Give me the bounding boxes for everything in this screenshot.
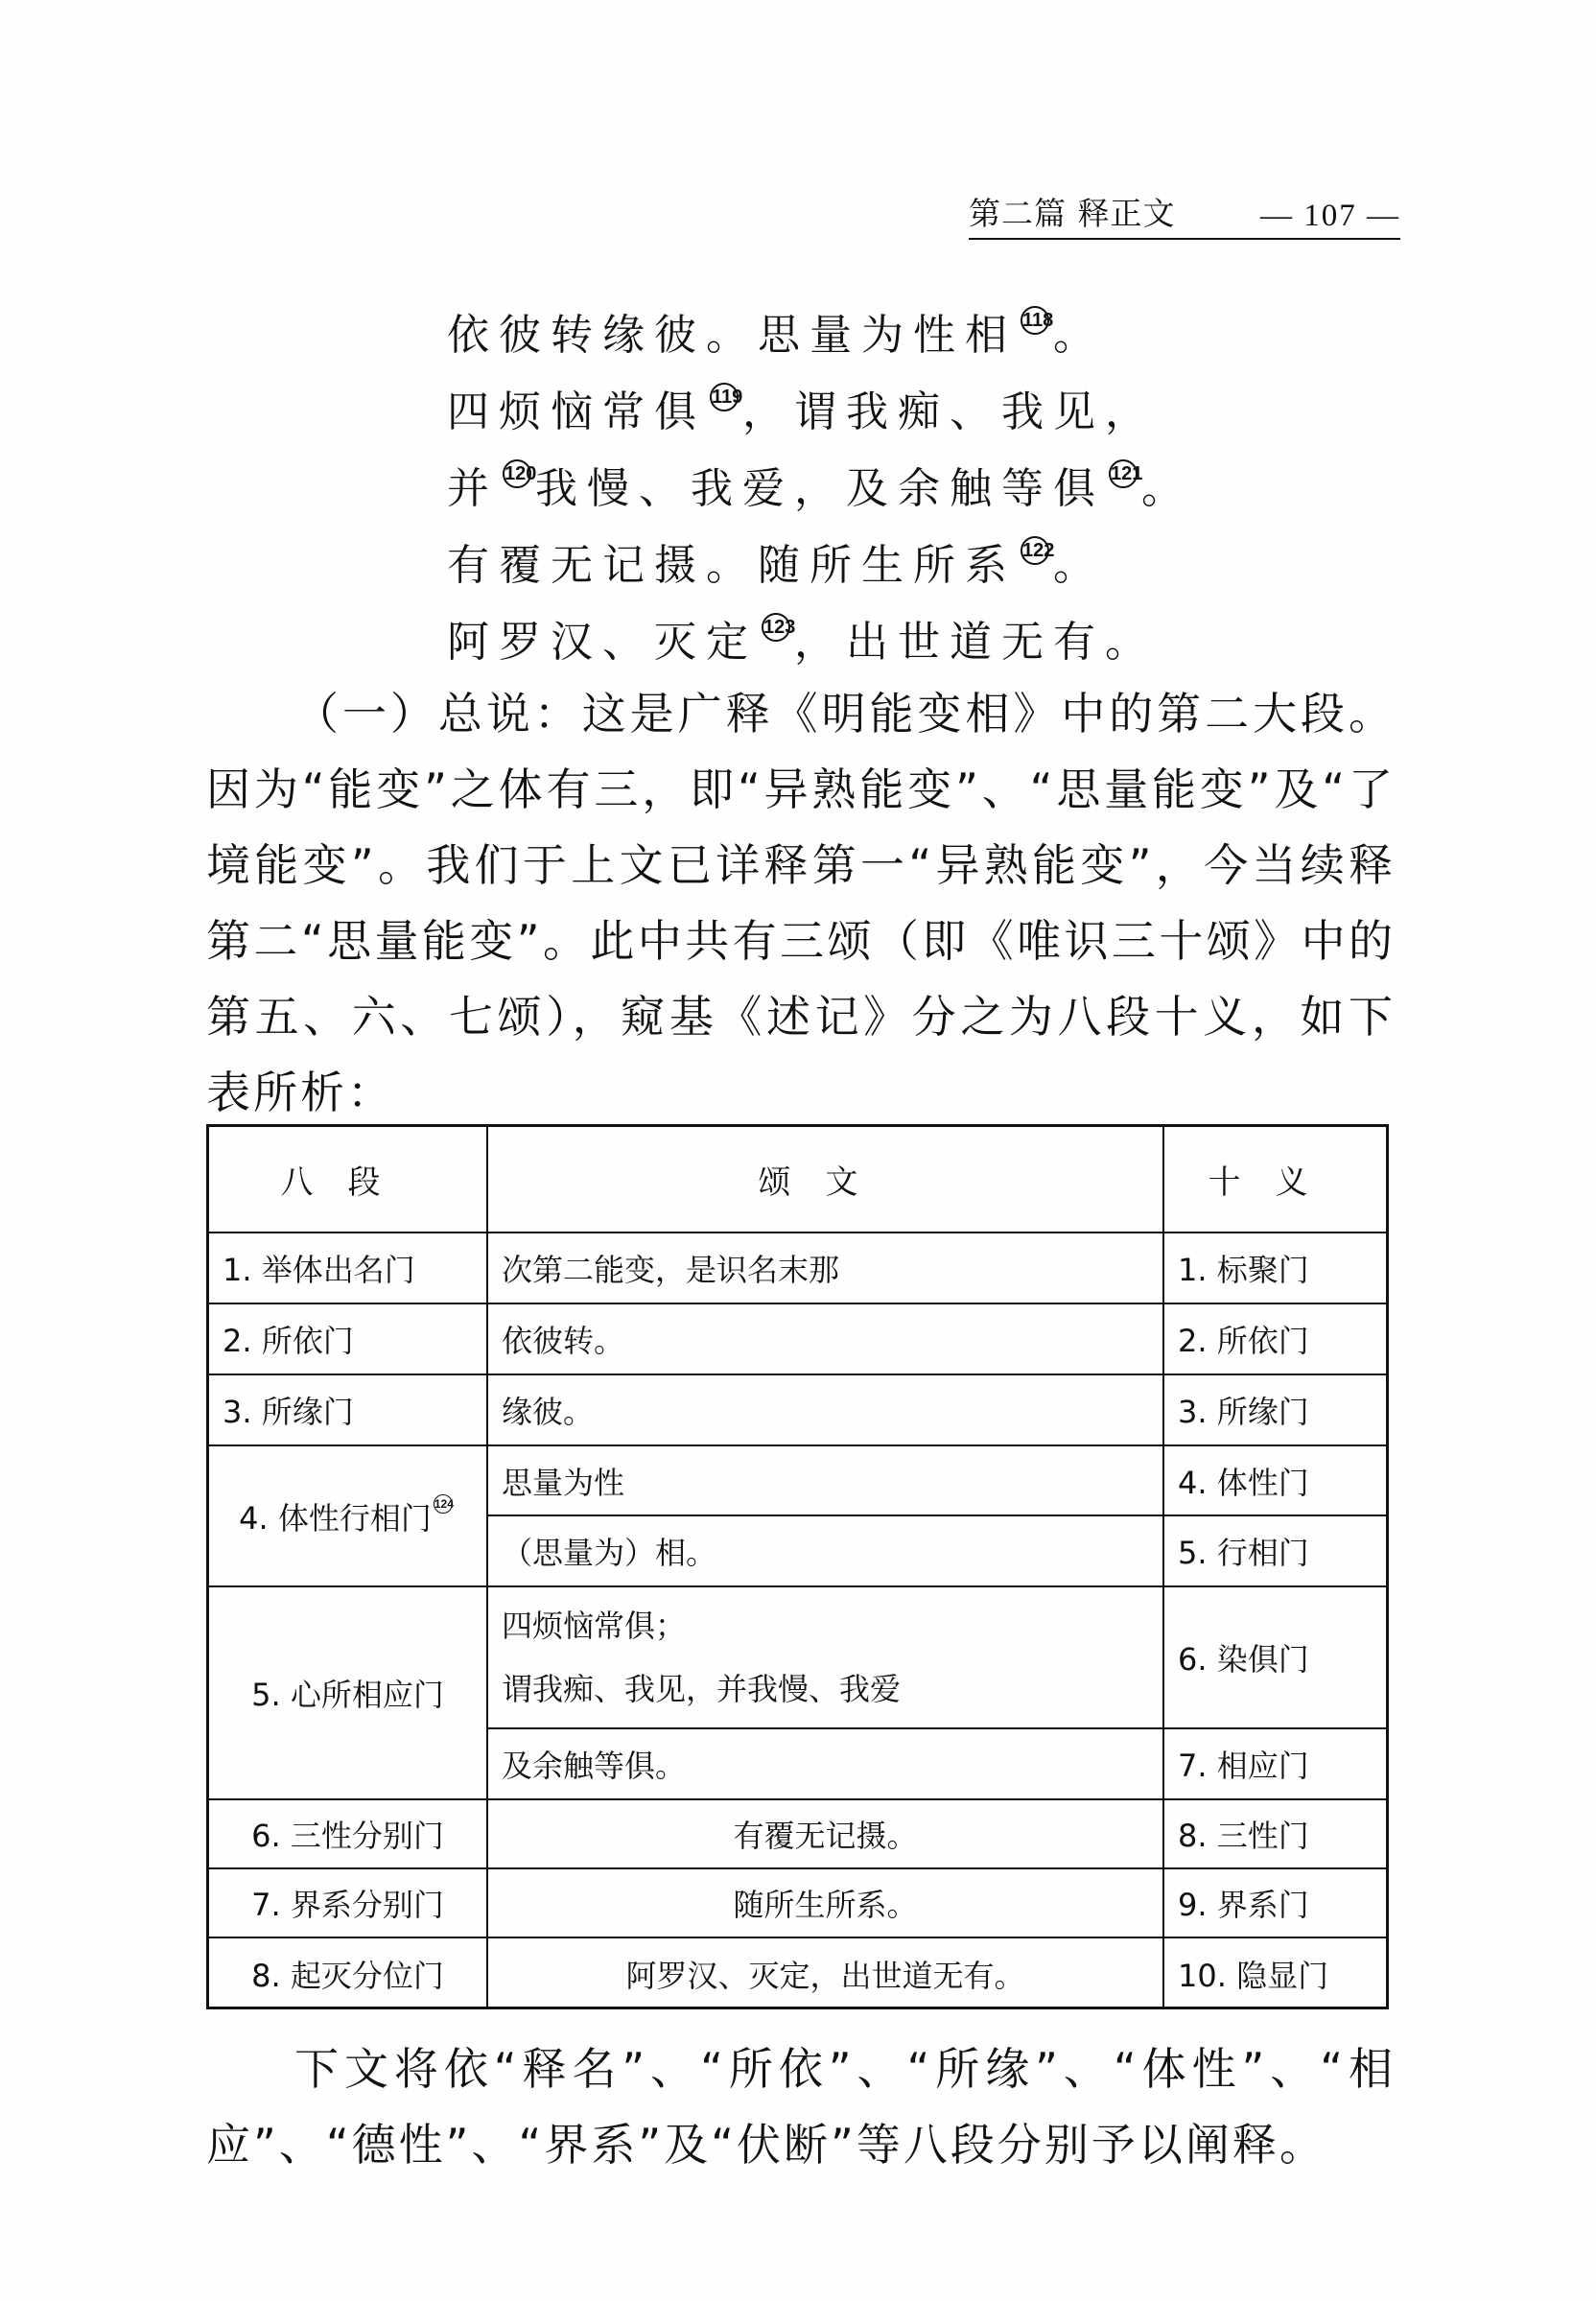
table-row: 1. 举体出名门 次第二能变，是识名末那 1. 标聚门 <box>209 1233 1386 1303</box>
table-row: 5. 心所相应门 四烦恼常俱； 谓我痴、我见，并我慢、我爱 6. 染俱门 <box>209 1586 1386 1728</box>
verse-text: ，出世道无有。 <box>794 618 1157 667</box>
verse-text: 。 <box>1053 311 1105 360</box>
verse-cell: 随所生所系。 <box>487 1868 1163 1937</box>
footnote-marker[interactable]: 119 <box>710 383 739 411</box>
verse-text: 。 <box>1053 541 1105 590</box>
segment-cell: 8. 起灭分位门 <box>209 1937 487 2008</box>
segment-cell: 4. 体性行相门124 <box>209 1445 487 1586</box>
verse-text: 阿罗汉、灭定 <box>447 618 758 667</box>
verse-line: 并120我慢、我爱，及余触等俱121。 <box>447 451 1193 528</box>
table-row: 2. 所依门 依彼转。 2. 所依门 <box>209 1303 1386 1374</box>
verse-text: 。 <box>1141 464 1193 513</box>
segment-cell: 2. 所依门 <box>209 1303 487 1374</box>
closing-paragraph: 下文将依“释名”、“所依”、“所缘”、“体性”、“相应”、“德性”、“界系”及“… <box>206 2031 1396 2183</box>
meaning-cell: 8. 三性门 <box>1163 1799 1386 1868</box>
verse-cell: 次第二能变，是识名末那 <box>487 1233 1163 1303</box>
verse-cell: 缘彼。 <box>487 1374 1163 1445</box>
table-row: 3. 所缘门 缘彼。 3. 所缘门 <box>209 1374 1386 1445</box>
table-row: 7. 界系分别门 随所生所系。 9. 界系门 <box>209 1868 1386 1937</box>
column-header: 八段 <box>209 1127 487 1233</box>
verse-text: ，谓我痴、我见， <box>742 387 1157 436</box>
footnote-marker[interactable]: 124 <box>434 1494 453 1514</box>
verse-line: 四烦恼常俱； <box>502 1594 1149 1657</box>
verse-cell: 四烦恼常俱； 谓我痴、我见，并我慢、我爱 <box>487 1586 1163 1728</box>
verse-text: 四烦恼常俱 <box>447 387 706 436</box>
segment-cell: 1. 举体出名门 <box>209 1233 487 1303</box>
segment-cell: 5. 心所相应门 <box>209 1586 487 1799</box>
meaning-cell: 5. 行相门 <box>1163 1515 1386 1586</box>
segment-cell: 7. 界系分别门 <box>209 1868 487 1937</box>
meaning-cell: 7. 相应门 <box>1163 1728 1386 1799</box>
book-page: 第二篇 释正文 — 107 — 依彼转缘彼。思量为性相118。 四烦恼常俱119… <box>0 0 1596 2301</box>
verse-line: 阿罗汉、灭定123，出世道无有。 <box>447 604 1193 681</box>
column-header: 十义 <box>1163 1127 1386 1233</box>
verse-block: 依彼转缘彼。思量为性相118。 四烦恼常俱119，谓我痴、我见， 并120我慢、… <box>447 297 1193 681</box>
page-number: — 107 — <box>1260 199 1400 234</box>
intro-paragraph: （一）总说：这是广释《明能变相》中的第二大段。因为“能变”之体有三，即“异熟能变… <box>206 676 1396 1131</box>
meaning-cell: 2. 所依门 <box>1163 1303 1386 1374</box>
table-row: 8. 起灭分位门 阿罗汉、灭定，出世道无有。 10. 隐显门 <box>209 1937 1386 2008</box>
segment-cell: 6. 三性分别门 <box>209 1799 487 1868</box>
verse-text: 有覆无记摄。随所生所系 <box>447 541 1017 590</box>
verse-cell: （思量为）相。 <box>487 1515 1163 1586</box>
segment-cell: 3. 所缘门 <box>209 1374 487 1445</box>
verse-text: 并 <box>447 464 499 513</box>
verse-cell: 有覆无记摄。 <box>487 1799 1163 1868</box>
meaning-cell: 10. 隐显门 <box>1163 1937 1386 2008</box>
section-title: 第二篇 释正文 <box>969 189 1176 234</box>
table-header-row: 八段 颂文 十义 <box>209 1127 1386 1233</box>
verse-cell: 及余触等俱。 <box>487 1728 1163 1799</box>
verse-text: 我慢、我爱，及余触等俱 <box>535 464 1105 513</box>
meaning-cell: 3. 所缘门 <box>1163 1374 1386 1445</box>
meaning-cell: 6. 染俱门 <box>1163 1586 1386 1728</box>
running-header: 第二篇 释正文 — 107 — <box>969 192 1400 240</box>
verse-cell: 依彼转。 <box>487 1303 1163 1374</box>
verse-text: 依彼转缘彼。思量为性相 <box>447 311 1017 360</box>
footnote-marker[interactable]: 121 <box>1109 459 1138 488</box>
verse-line: 依彼转缘彼。思量为性相118。 <box>447 297 1193 374</box>
verse-cell: 思量为性 <box>487 1445 1163 1515</box>
verse-line: 有覆无记摄。随所生所系122。 <box>447 528 1193 604</box>
segment-text: 4. 体性行相门 <box>239 1500 432 1537</box>
verse-cell: 阿罗汉、灭定，出世道无有。 <box>487 1937 1163 2008</box>
verse-line: 谓我痴、我见，并我慢、我爱 <box>502 1657 1149 1721</box>
table-row: 4. 体性行相门124 思量为性 4. 体性门 <box>209 1445 1386 1515</box>
footnote-marker[interactable]: 122 <box>1021 536 1049 565</box>
footnote-marker[interactable]: 118 <box>1021 306 1049 335</box>
meaning-cell: 1. 标聚门 <box>1163 1233 1386 1303</box>
analysis-table: 八段 颂文 十义 1. 举体出名门 次第二能变，是识名末那 1. 标聚门 2. … <box>206 1124 1389 2009</box>
verse-line: 四烦恼常俱119，谓我痴、我见， <box>447 374 1193 451</box>
table-row: 6. 三性分别门 有覆无记摄。 8. 三性门 <box>209 1799 1386 1868</box>
column-header: 颂文 <box>487 1127 1163 1233</box>
footnote-marker[interactable]: 123 <box>762 613 790 642</box>
meaning-cell: 4. 体性门 <box>1163 1445 1386 1515</box>
meaning-cell: 9. 界系门 <box>1163 1868 1386 1937</box>
footnote-marker[interactable]: 120 <box>503 459 531 488</box>
